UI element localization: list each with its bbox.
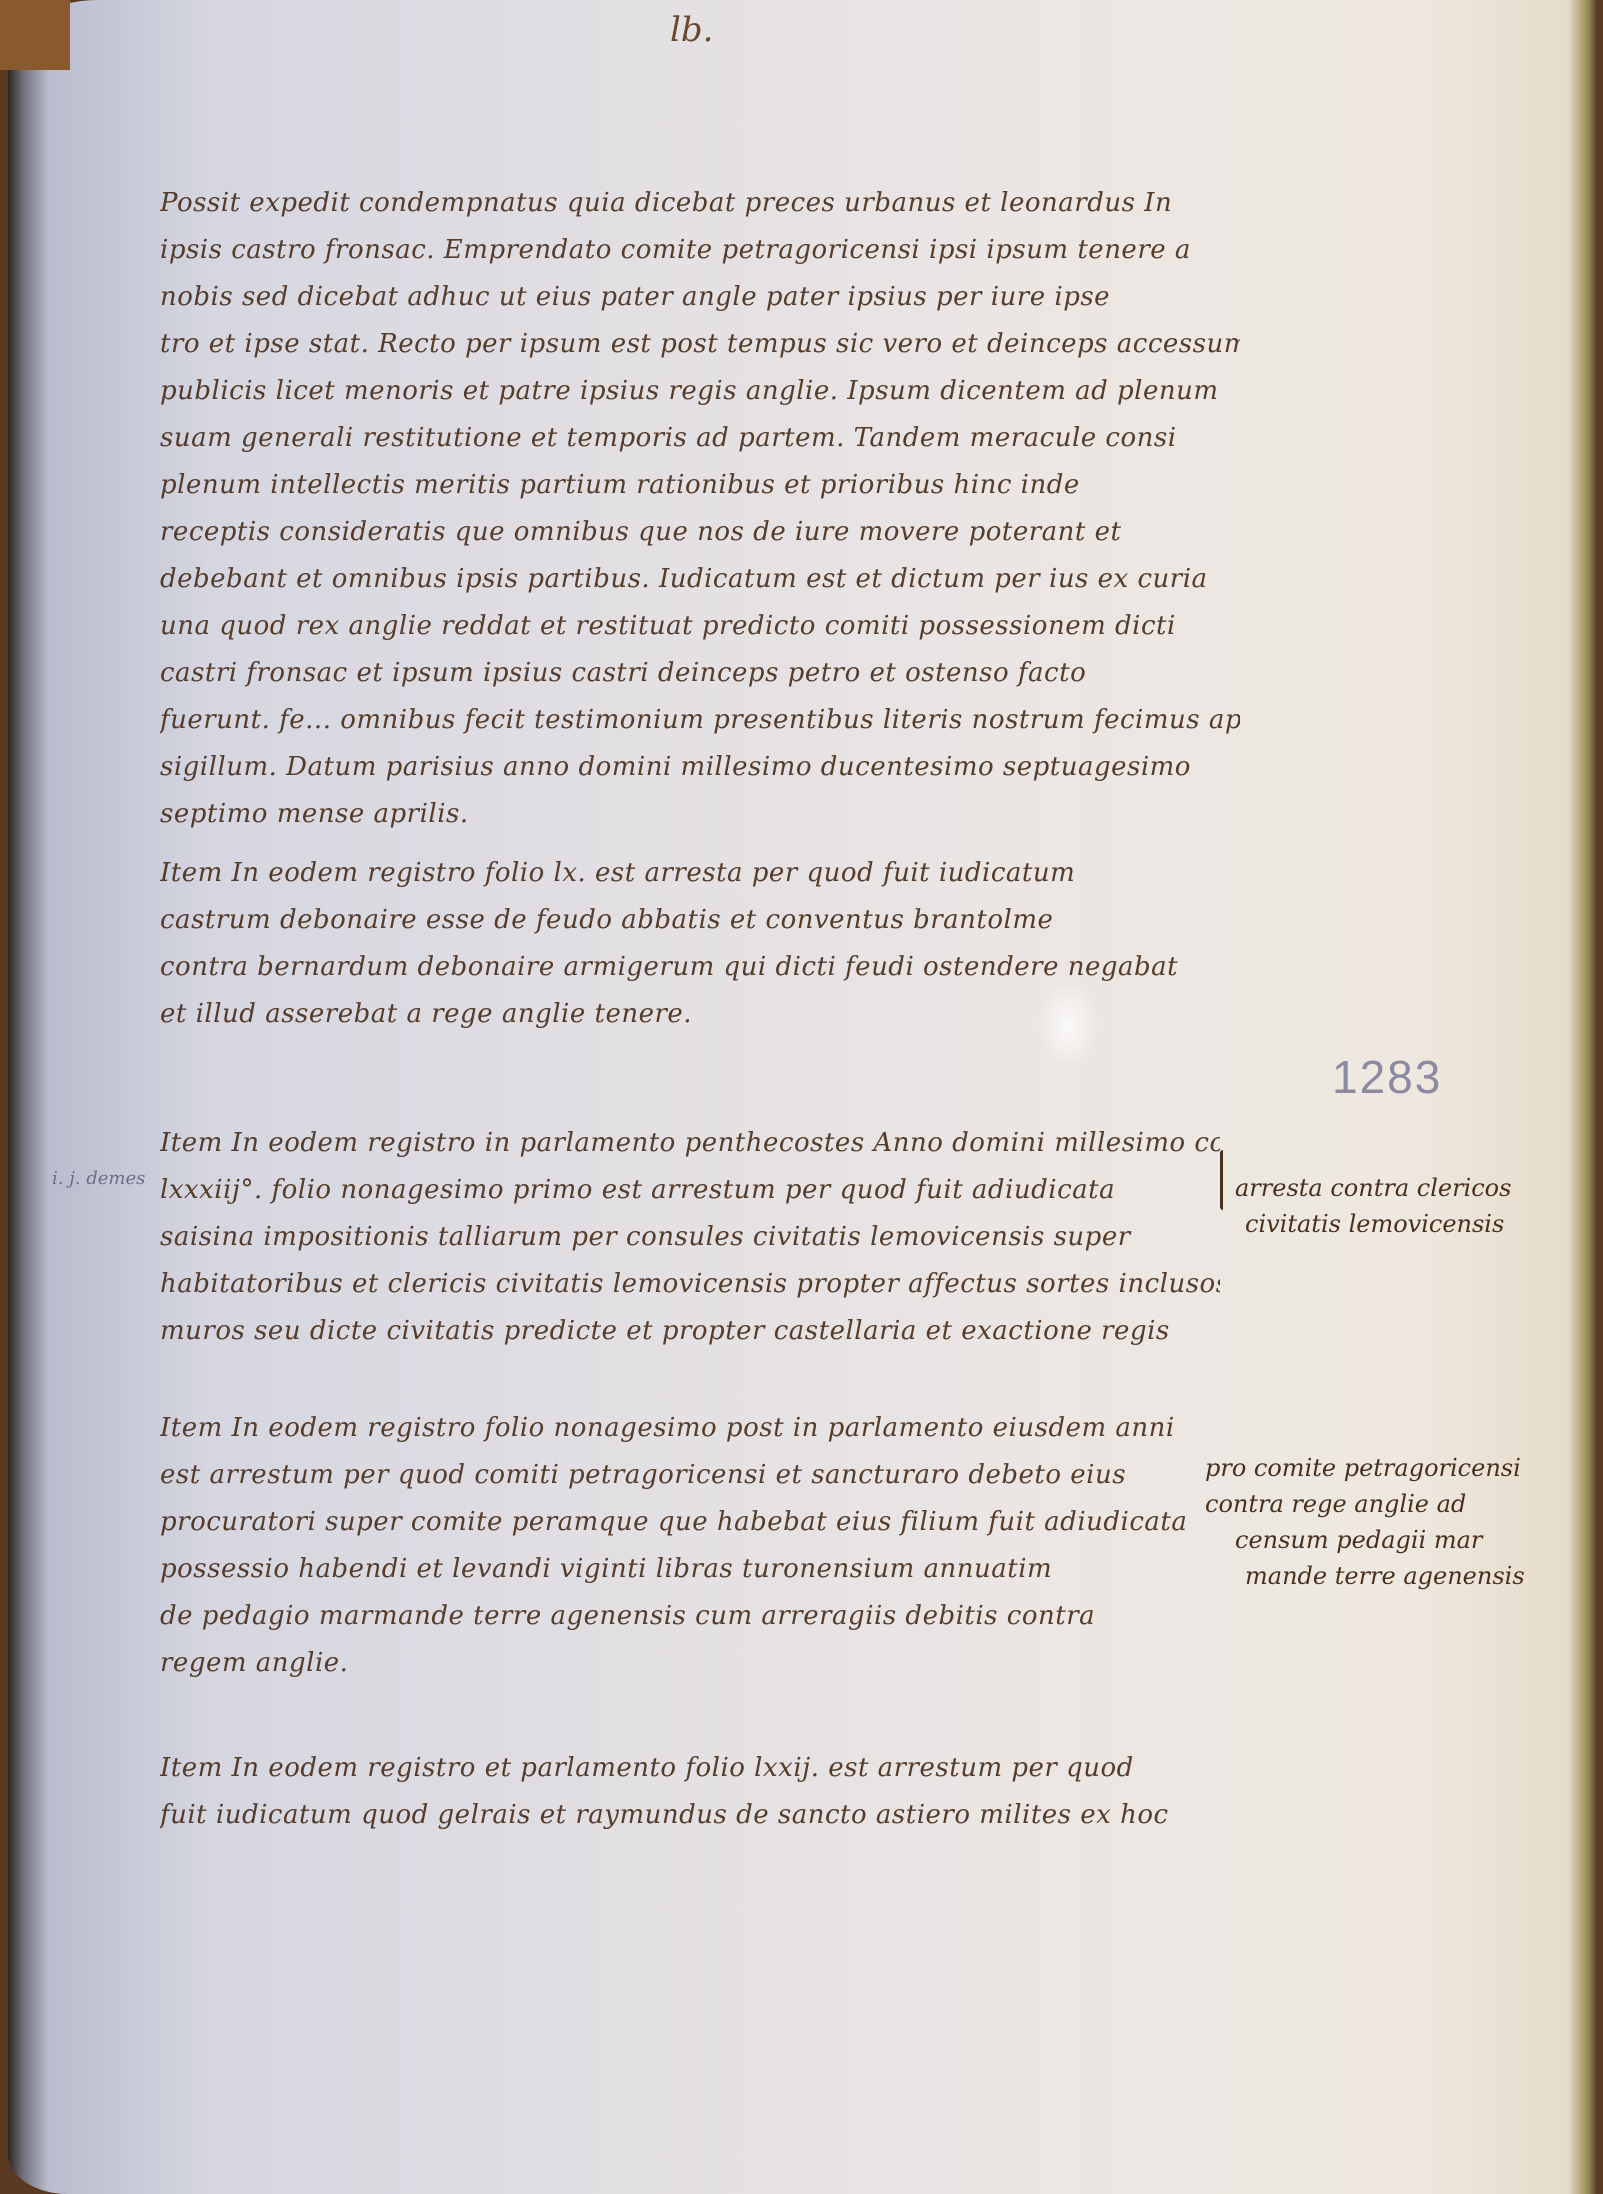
text-line: castrum debonaire esse de feudo abbatis … [160,897,1240,944]
margin-note-arresta: arresta contra clericos civitatis lemovi… [1235,1170,1511,1242]
text-line: septimo mense aprilis. [160,791,1240,838]
text-line: receptis consideratis que omnibus que no… [160,509,1240,556]
text-line: tro et ipse stat. Recto per ipsum est po… [160,321,1240,368]
paragraph-1: Possit expedit condempnatus quia dicebat… [160,180,1240,838]
text-line: est arrestum per quod comiti petragorice… [160,1452,1220,1499]
text-line: lxxxiij°. folio nonagesimo primo est arr… [160,1167,1220,1214]
margin-note-line: contra rege anglie ad [1205,1486,1525,1522]
text-line: debebant et omnibus ipsis partibus. Iudi… [160,556,1240,603]
margin-note-line: pro comite petragoricensi [1205,1450,1525,1486]
text-line: Item In eodem registro et parlamento fol… [160,1745,1240,1792]
text-line: Item In eodem registro folio nonagesimo … [160,1405,1220,1452]
text-line: et illud asserebat a rege anglie tenere. [160,991,1240,1038]
text-line: una quod rex anglie reddat et restituat … [160,603,1240,650]
text-line: fuerunt. fe... omnibus fecit testimonium… [160,697,1240,744]
text-line: muros seu dicte civitatis predicte et pr… [160,1308,1220,1355]
paragraph-3: Item In eodem registro in parlamento pen… [160,1120,1220,1355]
binding-corner [0,0,70,70]
text-line: publicis licet menoris et patre ipsius r… [160,368,1240,415]
text-line: de pedagio marmande terre agenensis cum … [160,1593,1220,1640]
text-line: habitatoribus et clericis civitatis lemo… [160,1261,1220,1308]
text-line: procuratori super comite peramque que ha… [160,1499,1220,1546]
text-line: nobis sed dicebat adhuc ut eius pater an… [160,274,1240,321]
text-line: Item In eodem registro in parlamento pen… [160,1120,1220,1167]
margin-note-pro-comite: pro comite petragoricensi contra rege an… [1205,1450,1525,1594]
text-line: castri fronsac et ipsum ipsius castri de… [160,650,1240,697]
paragraph-5: Item In eodem registro et parlamento fol… [160,1745,1240,1839]
text-line: contra bernardum debonaire armigerum qui… [160,944,1240,991]
text-line: fuit iudicatum quod gelrais et raymundus… [160,1792,1240,1839]
text-line: possessio habendi et levandi viginti lib… [160,1546,1220,1593]
margin-note-line: civitatis lemovicensis [1235,1206,1511,1242]
text-line: regem anglie. [160,1640,1220,1687]
text-line: sigillum. Datum parisius anno domini mil… [160,744,1240,791]
left-margin-note: i. j. demes [52,1168,145,1189]
text-line: Possit expedit condempnatus quia dicebat… [160,180,1240,227]
text-line: suam generali restitutione et temporis a… [160,415,1240,462]
text-line: plenum intellectis meritis partium ratio… [160,462,1240,509]
text-line: Item In eodem registro folio lx. est arr… [160,850,1240,897]
margin-note-line: mande terre agenensis [1205,1558,1525,1594]
text-line: ipsis castro fronsac. Emprendato comite … [160,227,1240,274]
text-line: saisina impositionis talliarum per consu… [160,1214,1220,1261]
paragraph-2: Item In eodem registro folio lx. est arr… [160,850,1240,1038]
paragraph-4: Item In eodem registro folio nonagesimo … [160,1405,1220,1687]
folio-number: lb. [670,10,713,50]
margin-note-line: censum pedagii mar [1205,1522,1525,1558]
pencil-shelfmark: 1283 [1332,1050,1442,1104]
margin-bracket [1220,1150,1229,1210]
margin-note-line: arresta contra clericos [1235,1170,1511,1206]
